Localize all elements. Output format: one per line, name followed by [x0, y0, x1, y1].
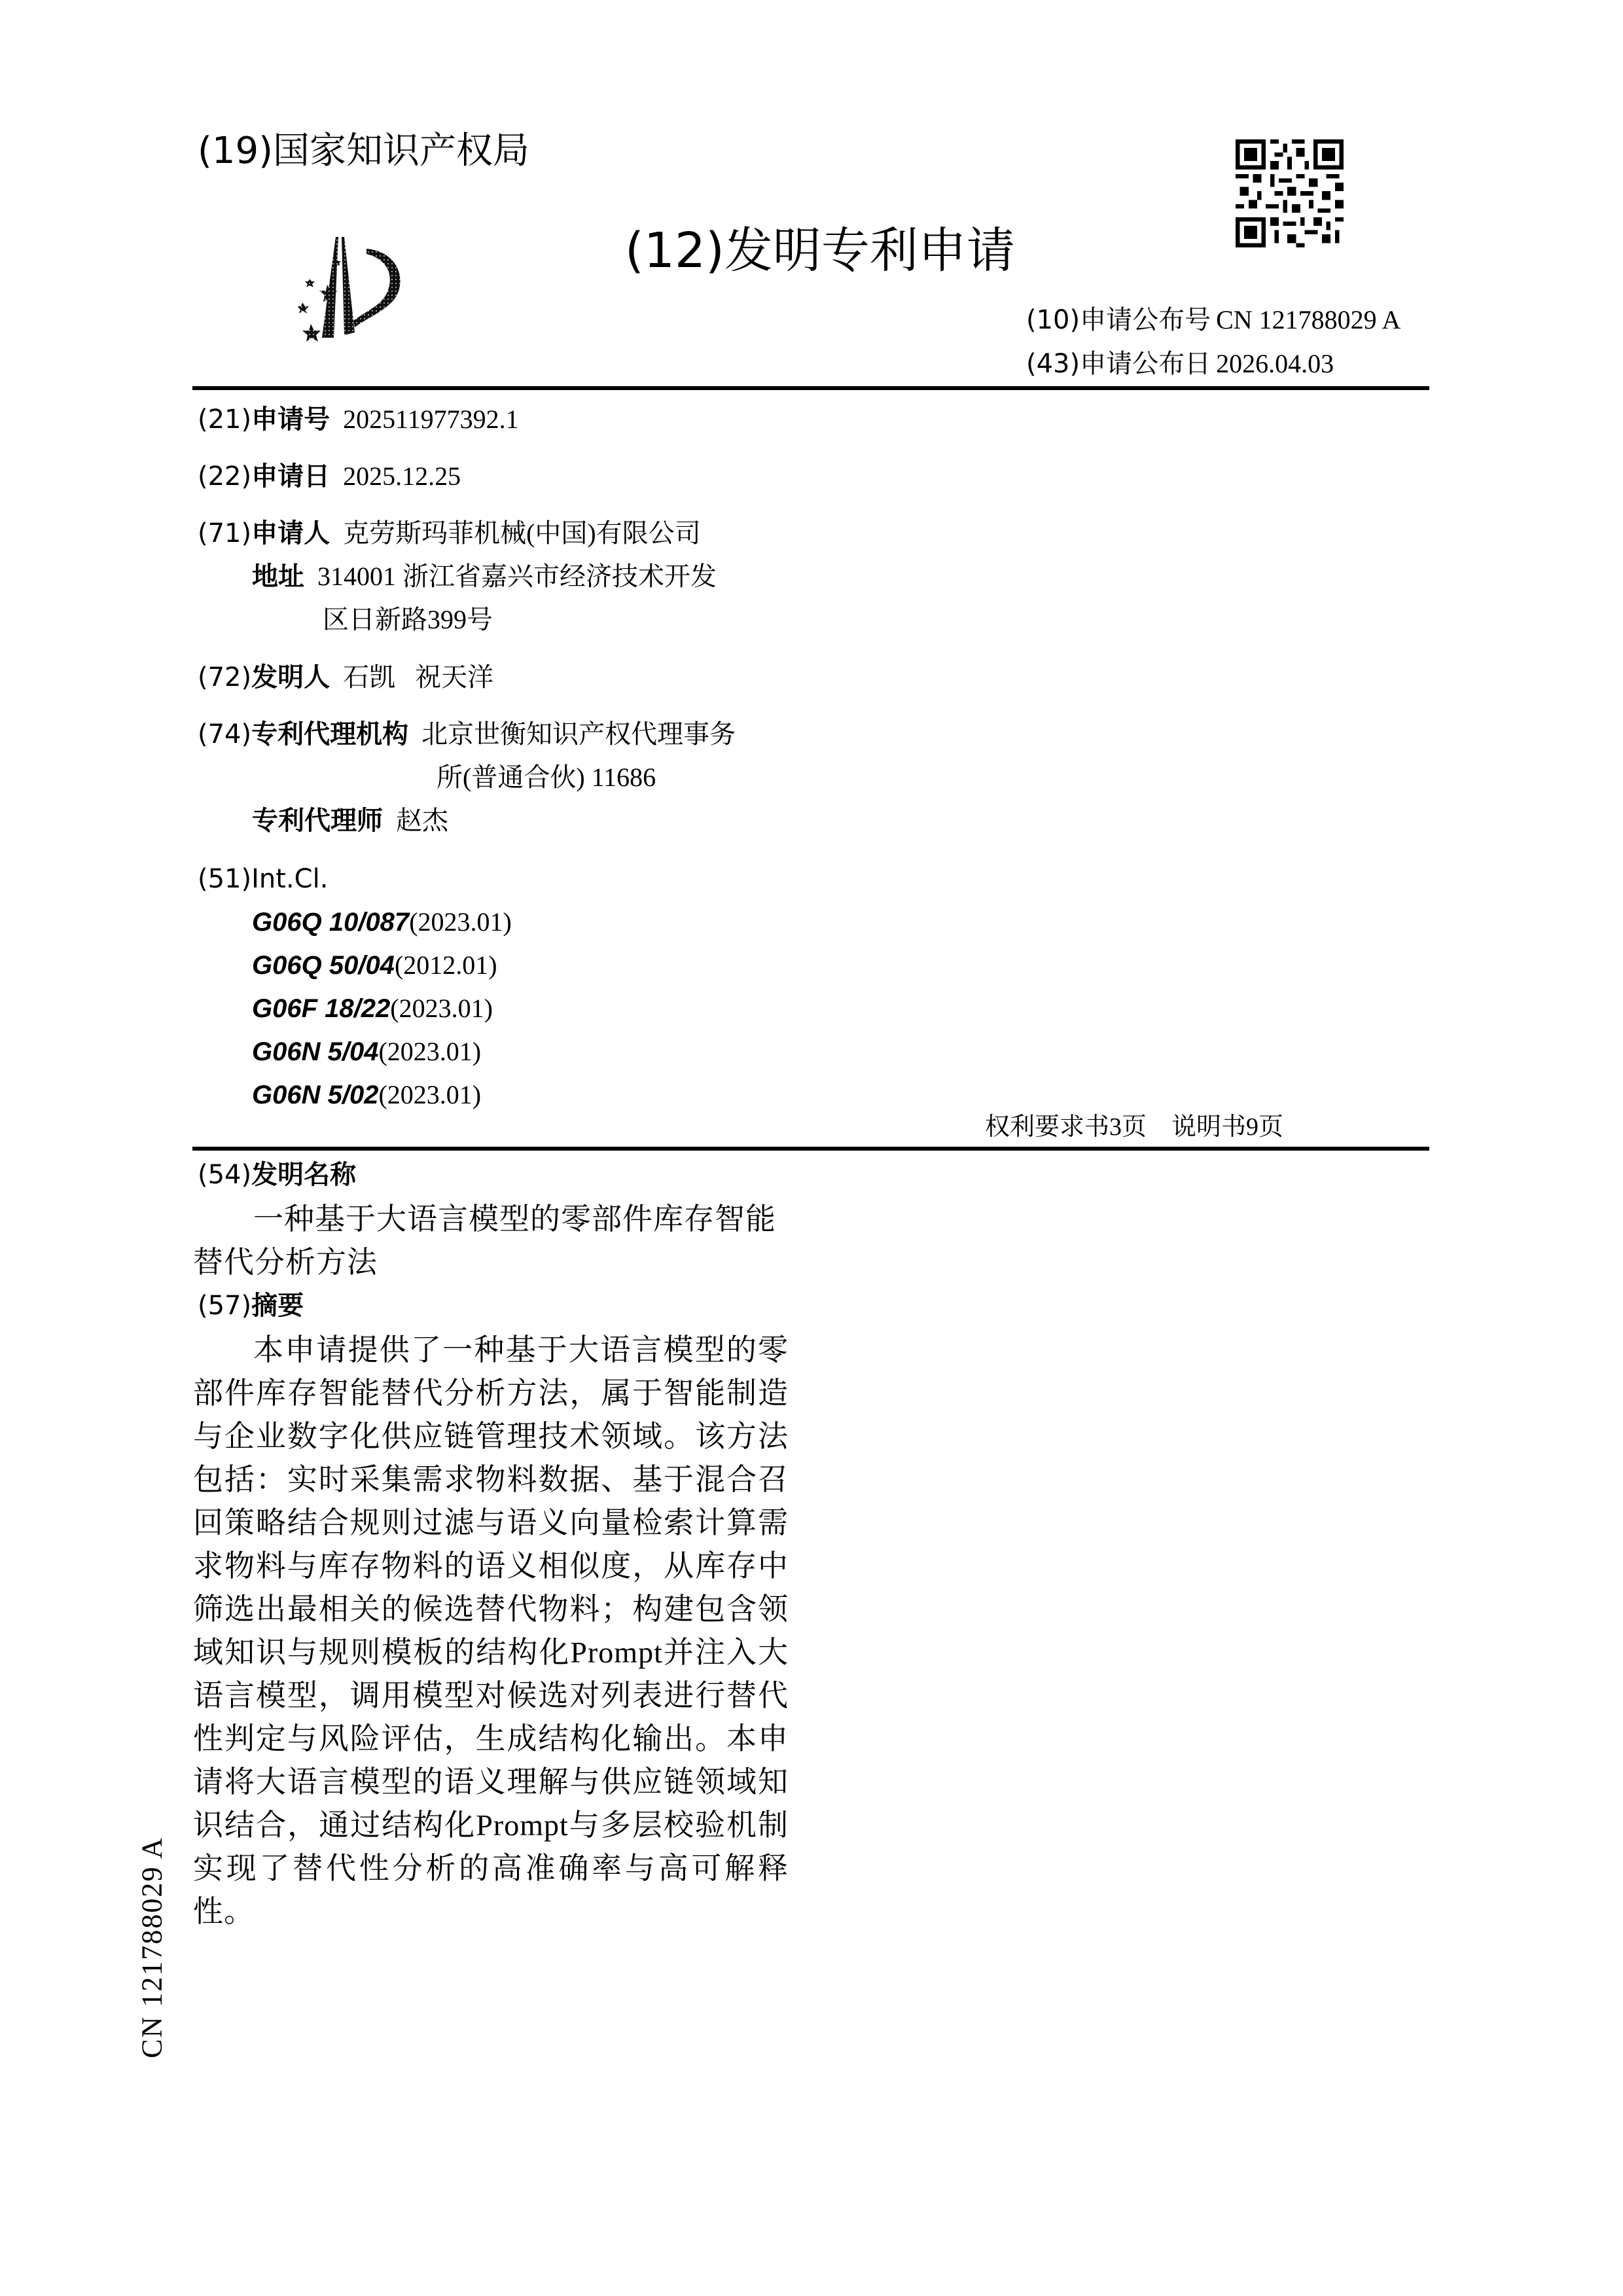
qr-code-icon [1236, 139, 1344, 247]
publication-date-row: (43)申请公布日2026.04.03 [1026, 349, 1334, 379]
field-code: (74) [198, 719, 251, 749]
agent-row: 专利代理师 赵杰 [252, 806, 448, 836]
agency-label: 专利代理机构 [251, 719, 408, 749]
ipc-version: (2023.01) [378, 1037, 481, 1066]
inventor-names: 石凯 祝天洋 [343, 662, 493, 692]
ipc-code: G06N 5/04 [252, 1037, 378, 1066]
ipc-code: G06Q 50/04 [252, 951, 395, 980]
document-type-title: (12)发明专利申请 [625, 223, 1015, 279]
ipc-code: G06Q 10/087 [252, 908, 409, 937]
biblio-divider [192, 1147, 1429, 1151]
ipc-code: G06N 5/02 [252, 1081, 378, 1109]
application-number: 202511977392.1 [343, 404, 519, 434]
ipc-version: (2012.01) [395, 950, 497, 980]
publication-number-label: (10)申请公布号 [1026, 305, 1211, 335]
agency-name-line-2: 所(普通合伙) 11686 [437, 762, 656, 793]
field-code: (72) [198, 662, 251, 692]
header-divider [192, 386, 1429, 390]
applicant-row: (71)申请人 克劳斯玛菲机械(中国)有限公司 [198, 518, 701, 548]
page-counts: 权利要求书3页 说明书9页 [985, 1113, 1283, 1141]
side-publication-number: CN 121788029 A [135, 1837, 169, 2059]
filing-date-row: (22)申请日 2025.12.25 [198, 461, 461, 492]
ipc-item: G06N 5/04(2023.01) [252, 1037, 481, 1067]
field-code: (22) [198, 461, 251, 492]
inventors-row: (72)发明人 石凯 祝天洋 [198, 662, 493, 692]
publication-number-row: (10)申请公布号CN 121788029 A [1026, 305, 1400, 335]
ipc-version: (2023.01) [390, 994, 493, 1023]
agent-label: 专利代理师 [252, 806, 383, 836]
invention-title-label: 发明名称 [251, 1160, 356, 1190]
abstract-text: 本申请提供了一种基于大语言模型的零部件库存智能替代分析方法，属于智能制造与企业数… [193, 1329, 789, 1933]
publication-number: CN 121788029 A [1216, 305, 1400, 334]
agent-name: 赵杰 [396, 806, 448, 835]
address-line-2: 区日新路399号 [323, 605, 493, 635]
field-code: (51) [198, 864, 251, 894]
publication-date: 2026.04.03 [1216, 349, 1334, 378]
application-number-row: (21)申请号 202511977392.1 [198, 404, 519, 435]
address-label: 地址 [252, 562, 304, 592]
filing-date-label: 申请日 [251, 461, 330, 492]
invention-title-heading: (54)发明名称 [198, 1160, 356, 1190]
applicant-label: 申请人 [251, 518, 330, 548]
int-cl-label: Int.Cl. [251, 864, 328, 894]
ipc-item: G06F 18/22(2023.01) [252, 994, 493, 1024]
address-line-1: 314001 浙江省嘉兴市经济技术开发 [317, 562, 717, 591]
applicant-name: 克劳斯玛菲机械(中国)有限公司 [343, 518, 701, 548]
inventors-label: 发明人 [251, 662, 330, 692]
cnipa-logo-icon [268, 223, 416, 344]
filing-date: 2025.12.25 [343, 461, 461, 491]
publication-date-label: (43)申请公布日 [1026, 349, 1211, 379]
patent-office-name: (19)国家知识产权局 [198, 130, 529, 173]
address-row: 地址 314001 浙江省嘉兴市经济技术开发 [252, 562, 717, 592]
ipc-version: (2023.01) [409, 907, 512, 937]
field-code: (54) [198, 1160, 251, 1190]
application-number-label: 申请号 [251, 404, 330, 435]
ipc-item: G06Q 10/087(2023.01) [252, 907, 512, 937]
int-cl-row: (51)Int.Cl. [198, 864, 328, 894]
agency-row: (74)专利代理机构 北京世衡知识产权代理事务 [198, 719, 736, 749]
abstract-label: 摘要 [251, 1291, 304, 1321]
agency-name-line-1: 北京世衡知识产权代理事务 [421, 719, 736, 749]
field-code: (57) [198, 1291, 251, 1321]
ipc-code: G06F 18/22 [252, 994, 390, 1023]
ipc-version: (2023.01) [378, 1080, 481, 1109]
field-code: (21) [198, 404, 251, 435]
ipc-item: G06Q 50/04(2012.01) [252, 950, 497, 980]
ipc-item: G06N 5/02(2023.01) [252, 1080, 481, 1110]
invention-title: 一种基于大语言模型的零部件库存智能替代分析方法 [193, 1198, 789, 1284]
abstract-heading: (57)摘要 [198, 1291, 304, 1321]
field-code: (71) [198, 518, 251, 548]
